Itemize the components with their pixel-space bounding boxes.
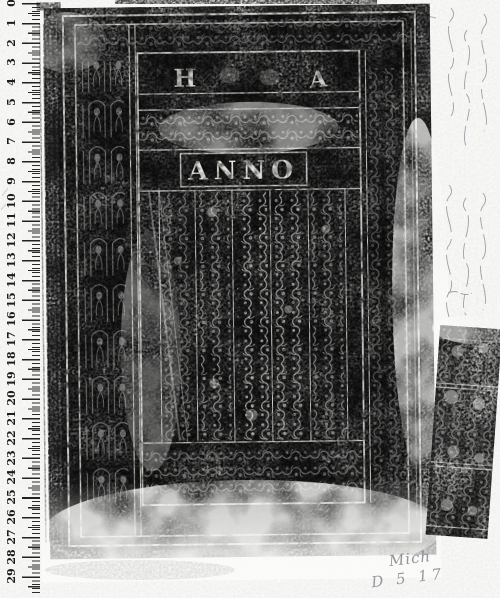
ruler-number: 9 bbox=[5, 170, 19, 192]
ruler-number: 12 bbox=[5, 229, 19, 251]
rubbing-main: H A ANNO bbox=[27, 0, 452, 583]
ruler-number: 29 bbox=[5, 565, 19, 587]
ruler-number: 17 bbox=[5, 328, 19, 350]
ruler-number: 25 bbox=[5, 486, 19, 508]
binding-rubbing-image: H A ANNO bbox=[0, 0, 500, 598]
ruler-number: 27 bbox=[5, 526, 19, 548]
ruler: 0123456789101112131415161718192021222324… bbox=[0, 0, 42, 598]
sheet-top-edge bbox=[115, 0, 377, 4]
anno-text: ANNO bbox=[187, 155, 299, 185]
panel-column bbox=[274, 191, 308, 439]
ruler-number: 5 bbox=[5, 91, 19, 113]
scanned-rubbing-sheet: H A ANNO bbox=[0, 0, 500, 598]
ruler-number: 4 bbox=[5, 71, 19, 93]
ruler-number: 26 bbox=[5, 506, 19, 528]
ruler-number: 16 bbox=[5, 308, 19, 330]
bottom-smudge bbox=[45, 560, 235, 580]
ruler-number: 13 bbox=[5, 249, 19, 271]
ruler-number: 18 bbox=[5, 348, 19, 370]
top-border-band bbox=[77, 14, 407, 52]
ruler-number: 22 bbox=[5, 427, 19, 449]
panel-column bbox=[199, 192, 232, 440]
ruler-number: 3 bbox=[5, 51, 19, 73]
ruler-number: 14 bbox=[5, 269, 19, 291]
title-letter-h: H bbox=[173, 64, 196, 93]
title-letter-a: A bbox=[308, 66, 329, 93]
ruler-number: 21 bbox=[5, 407, 19, 429]
left-border-roll bbox=[81, 61, 128, 501]
panel-column bbox=[236, 192, 270, 440]
ruler-ticks bbox=[22, 0, 40, 598]
ruler-number: 1 bbox=[5, 12, 19, 34]
ruler-number: 8 bbox=[5, 150, 19, 172]
